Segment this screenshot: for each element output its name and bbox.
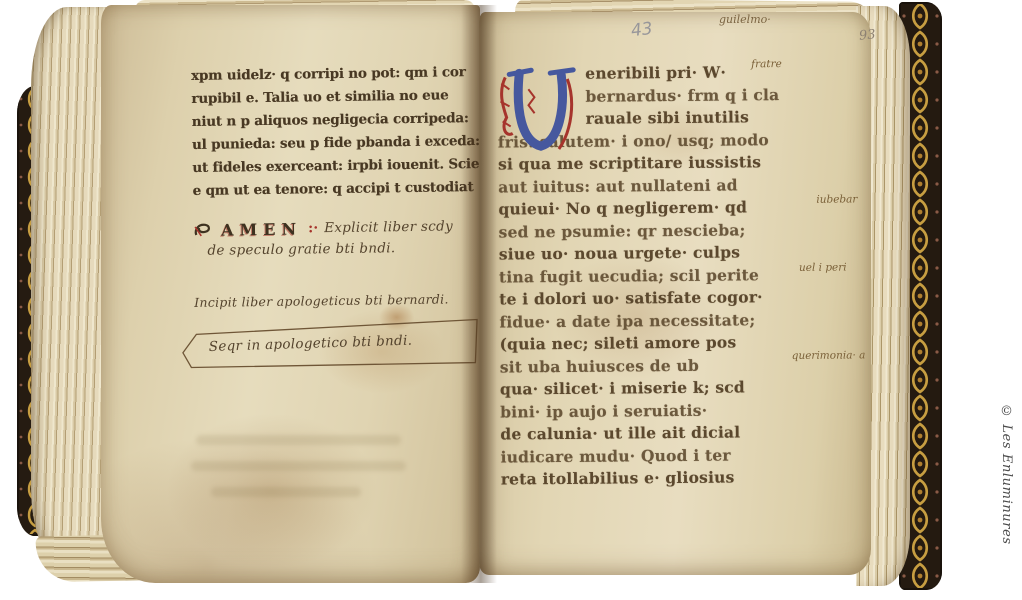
explicit-amen-row: AMEN :· Explicit liber scdy [193,215,481,241]
illuminated-initial [497,63,580,130]
text-line: e qm ut ea tenore: q accipi t custodiat [192,176,480,203]
margin-note: querimonia· a [792,349,866,362]
text-line: sed ne psumie: qr nescieba; [499,218,849,244]
rubric-dots: :· [308,220,318,236]
pencil-folio-number: 43 [630,19,654,41]
initial-V-icon [495,61,580,158]
text-line: qua· silicet· i miserie k; scd [500,375,850,401]
amen-letters: AMEN [221,219,302,239]
cartouche: Seqr in apologetico bti bndi. [180,317,483,374]
text-line: te i dolori uo· satisfate cogor· [499,285,849,311]
right-page: 43 guilelmo· 93 eneribili pri· W· bernar… [479,12,871,575]
left-page-text-block: xpm uidelz· q corripi no pot: qm i cor r… [191,61,483,372]
text-line: iudicare mudu· Quod i ter [500,443,850,469]
explicit-line: Explicit liber scdy [324,218,453,236]
incipit-line: Incipit liber apologeticus bti bernardi. [194,291,482,310]
paraph-mark-icon [193,221,215,239]
text-line: tina fugit uecudia; scil perite [499,263,849,289]
text-line: siue uo· noua urgete· culps [499,240,849,266]
explicit-line: de speculo gratie bti bndi. [207,239,481,259]
text-line: reta itollabilius e· gliosius [501,465,851,491]
text-line: aut iuitus: aut nullateni ad [498,173,848,199]
margin-note: iubebar [816,193,857,205]
right-page-text-block: eneribili pri· W· bernardus· frm q i cla… [497,60,851,491]
photo-credit: © Les Enluminures [999,404,1014,596]
corner-folio-number: 93 [858,27,876,43]
show-through-text [211,487,361,497]
left-page: xpm uidelz· q corripi no pot: qm i cor r… [101,5,480,583]
text-line: de calunia· ut ille ait dicial [500,420,850,446]
text-line: quieui· No q negligerem· qd [498,195,848,221]
text-line: bini· ip aujo i seruiatis· [500,398,850,424]
show-through-text [191,461,406,471]
show-through-text [196,435,401,445]
margin-note: fratre [751,58,782,70]
margin-note: uel i peri [799,261,847,273]
guilelmo-inscription: guilelmo· [719,13,771,26]
manuscript-photo: xpm uidelz· q corripi no pot: qm i cor r… [0,0,1022,600]
text-line: fidue· a date ipa necessitate; [499,308,849,334]
